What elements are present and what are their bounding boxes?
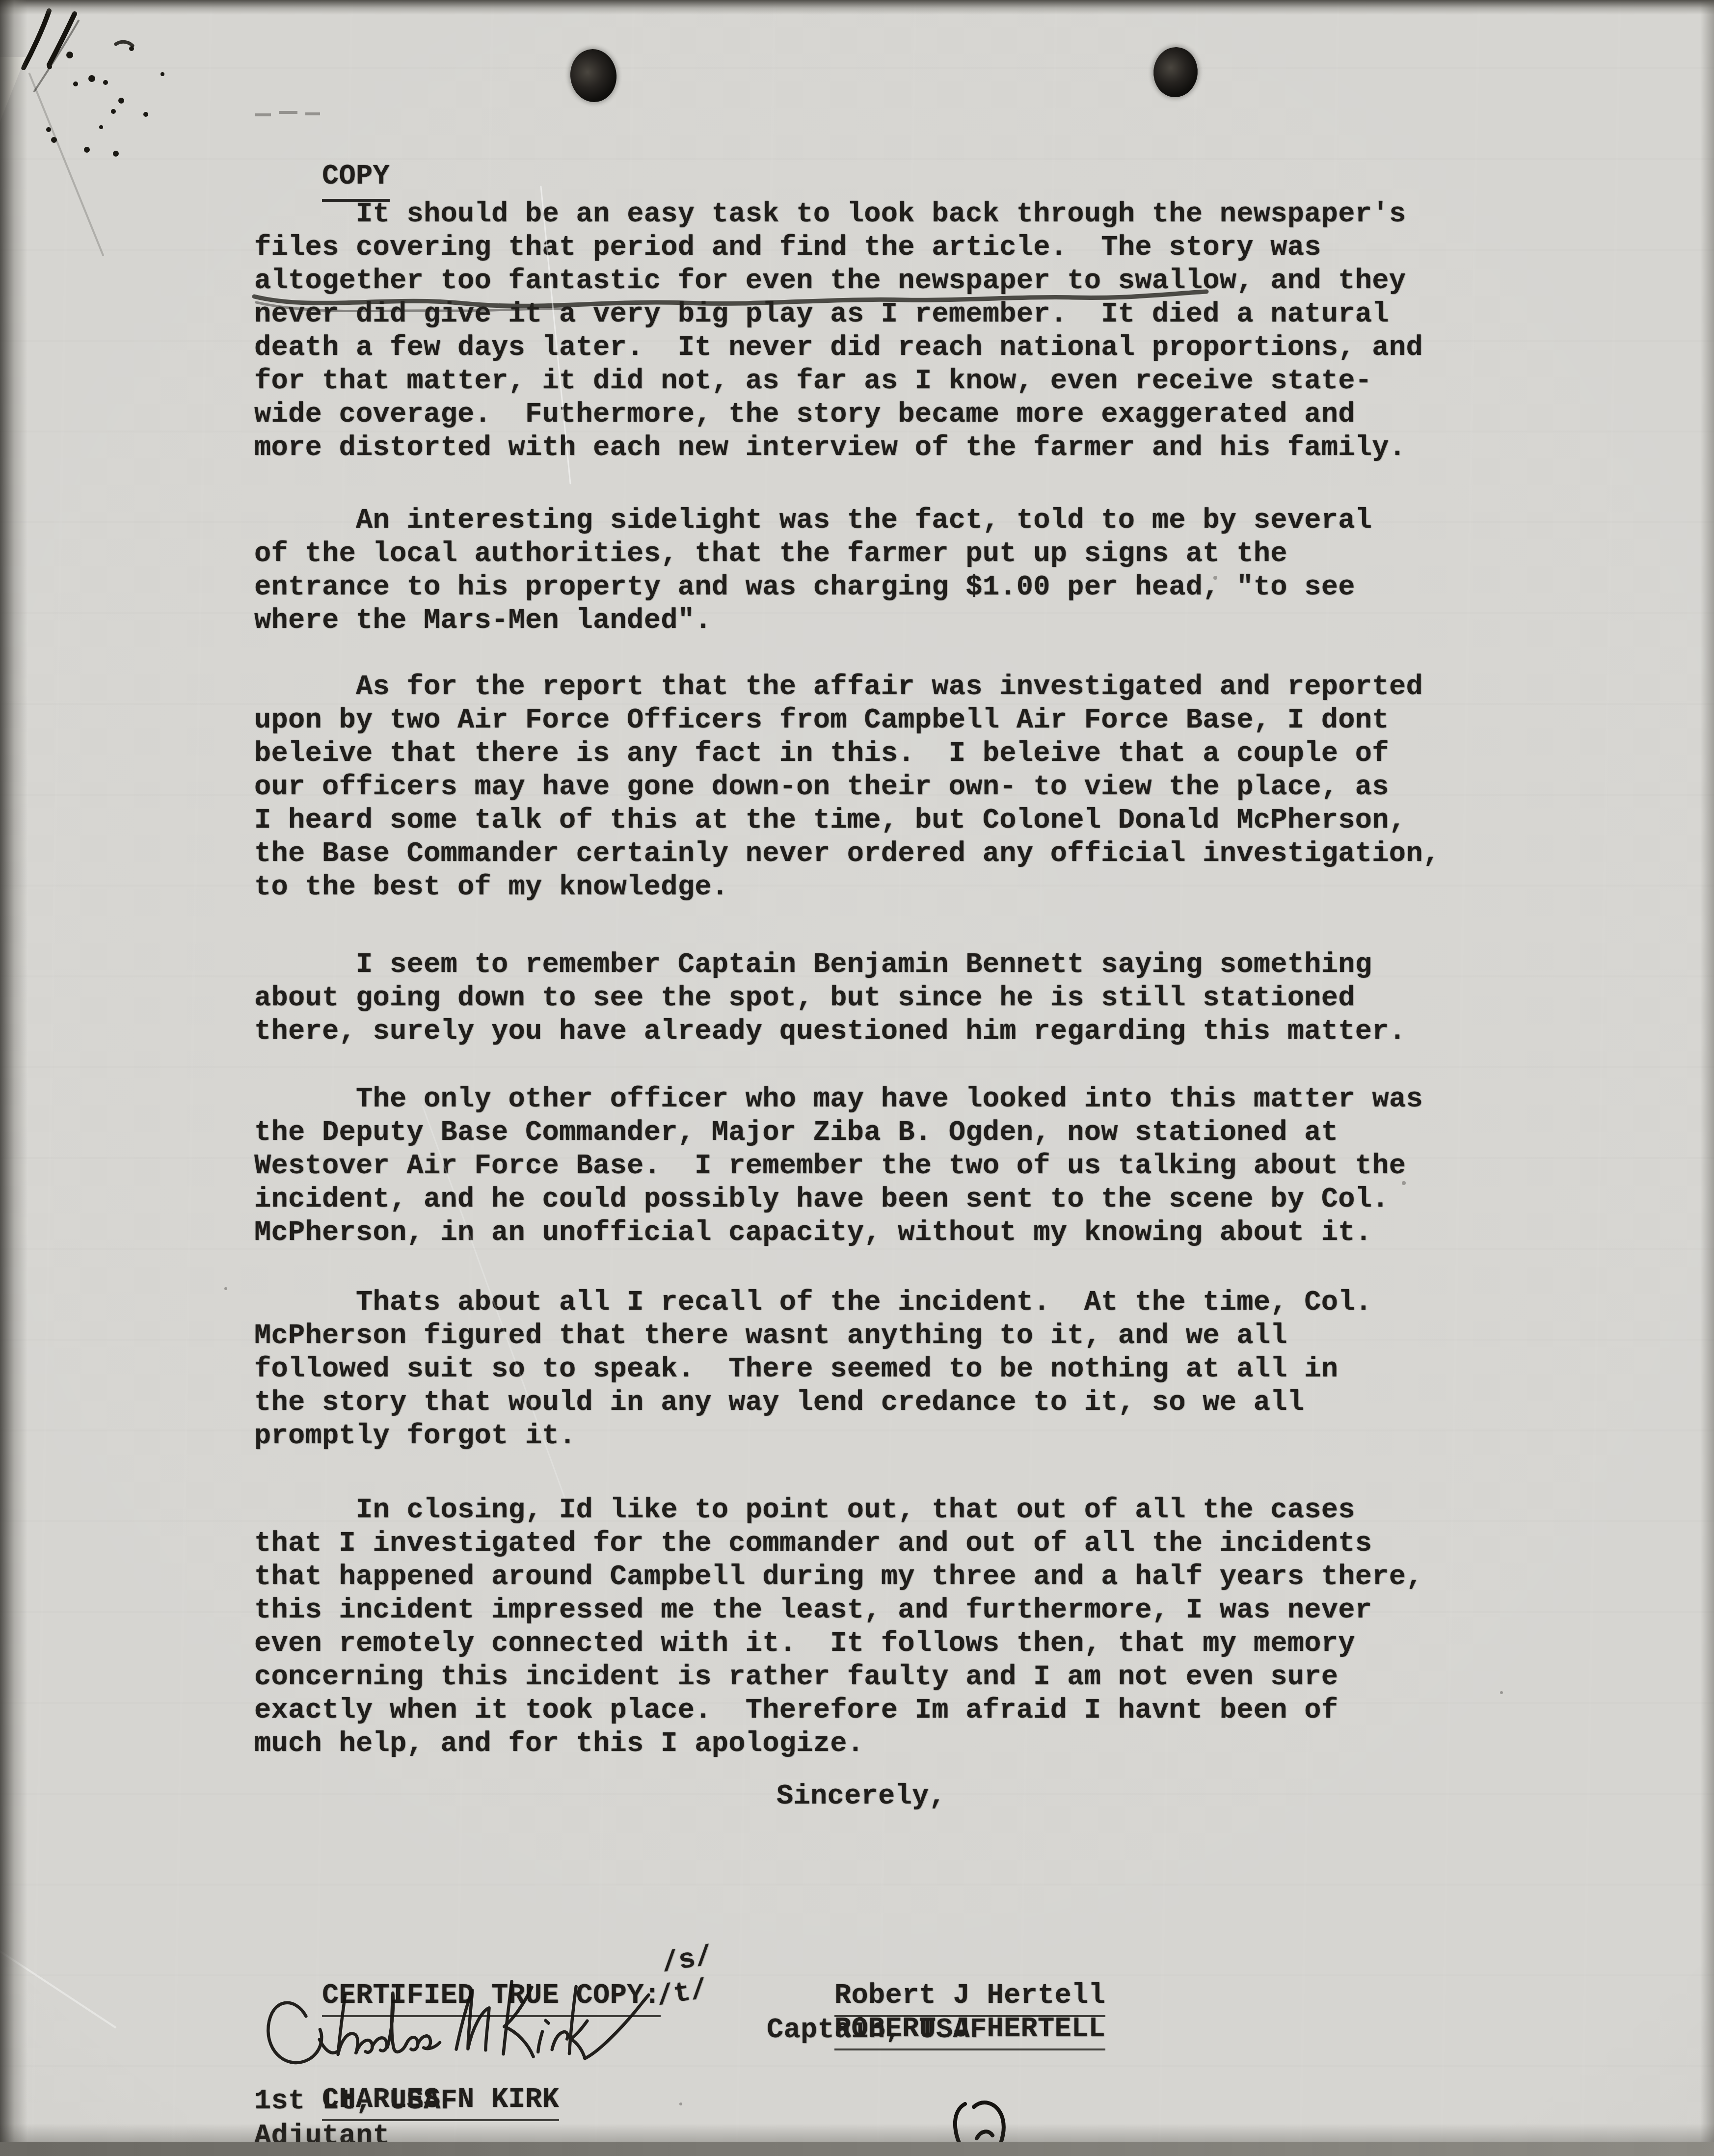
- hole-punch-right: [1152, 45, 1200, 99]
- letter-paragraph-7: In closing, Id like to point out, that o…: [254, 1494, 1550, 1761]
- closing-line: Sincerely,: [777, 1780, 946, 1813]
- scan-edge-right: [1700, 0, 1714, 2156]
- certification-label-text: CERTIFIED TRUE COPY:: [322, 1979, 661, 2017]
- scan-edge-left: [0, 0, 27, 2156]
- typed-title: Captain, USAF: [767, 2014, 987, 2047]
- faint-dash-marks: [255, 112, 320, 115]
- typed-marker: /t/: [654, 1973, 710, 2014]
- letter-paragraph-5: The only other officer who may have look…: [254, 1083, 1550, 1250]
- certification-label: CERTIFIED TRUE COPY:: [254, 1946, 661, 2050]
- certifier-rank: 1st Lt, USAF: [254, 2085, 457, 2118]
- scanned-letter-page: COPY It should be an easy task to look b…: [0, 0, 1714, 2156]
- letter-paragraph-1: It should be an easy task to look back t…: [254, 198, 1550, 465]
- signed-marker: /s/: [659, 1940, 715, 1981]
- letter-paragraph-6: Thats about all I recall of the incident…: [254, 1286, 1550, 1453]
- letter-paragraph-2: An interesting sidelight was the fact, t…: [254, 504, 1550, 638]
- hole-punch-left: [567, 47, 619, 105]
- copy-stamp-label: COPY: [322, 160, 390, 202]
- letter-paragraph-4: I seem to remember Captain Benjamin Benn…: [254, 948, 1550, 1049]
- scan-edge-bottom-fade: [0, 2124, 1714, 2143]
- letter-paragraph-3: As for the report that the affair was in…: [254, 671, 1550, 904]
- scanner-bottom-strip: [0, 2142, 1714, 2156]
- corner-ink-dots: [46, 46, 164, 157]
- corner-ink-marks: [24, 11, 133, 255]
- scan-edge-top: [0, 0, 1714, 15]
